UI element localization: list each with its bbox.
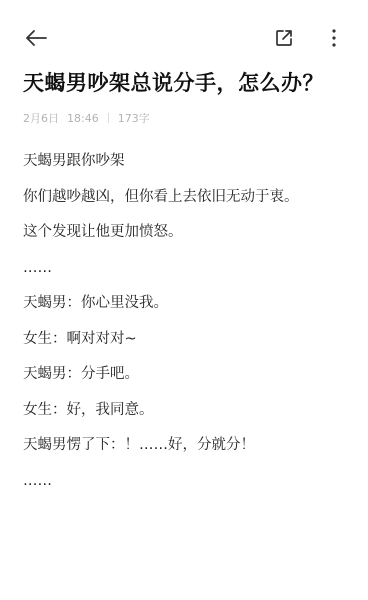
arrow-left-icon [24, 28, 48, 48]
more-vertical-icon [331, 28, 337, 48]
paragraph: 天蝎男：分手吧。 [23, 364, 352, 384]
paragraph: 女生：好，我同意。 [23, 400, 352, 420]
word-count: 173字 [118, 110, 150, 126]
paragraph: 你们越吵越凶，但你看上去依旧无动于衷。 [23, 187, 352, 207]
top-bar [0, 0, 368, 76]
meta-divider [108, 113, 109, 123]
paragraph: 天蝎男：你心里没我。 [23, 293, 352, 313]
more-options-button[interactable] [322, 24, 346, 52]
share-button[interactable] [270, 24, 298, 52]
article-time: 18:46 [67, 112, 99, 125]
article-meta: 2月6日 18:46 173字 [23, 110, 150, 126]
article-title: 天蝎男吵架总说分手，怎么办？ [23, 67, 324, 97]
paragraph: 女生：啊对对对~ [23, 329, 352, 349]
paragraph: …… [23, 258, 352, 278]
article-body: 天蝎男跟你吵架 你们越吵越凶，但你看上去依旧无动于衷。 这个发现让他更加愤怒。 … [23, 151, 352, 506]
paragraph: 天蝎男跟你吵架 [23, 151, 352, 171]
article-date: 2月6日 [23, 110, 59, 126]
share-external-icon [274, 28, 294, 48]
paragraph: …… [23, 471, 352, 491]
paragraph: 这个发现让他更加愤怒。 [23, 222, 352, 242]
back-button[interactable] [20, 24, 52, 52]
paragraph: 天蝎男愣了下：！……好，分就分！ [23, 435, 352, 455]
